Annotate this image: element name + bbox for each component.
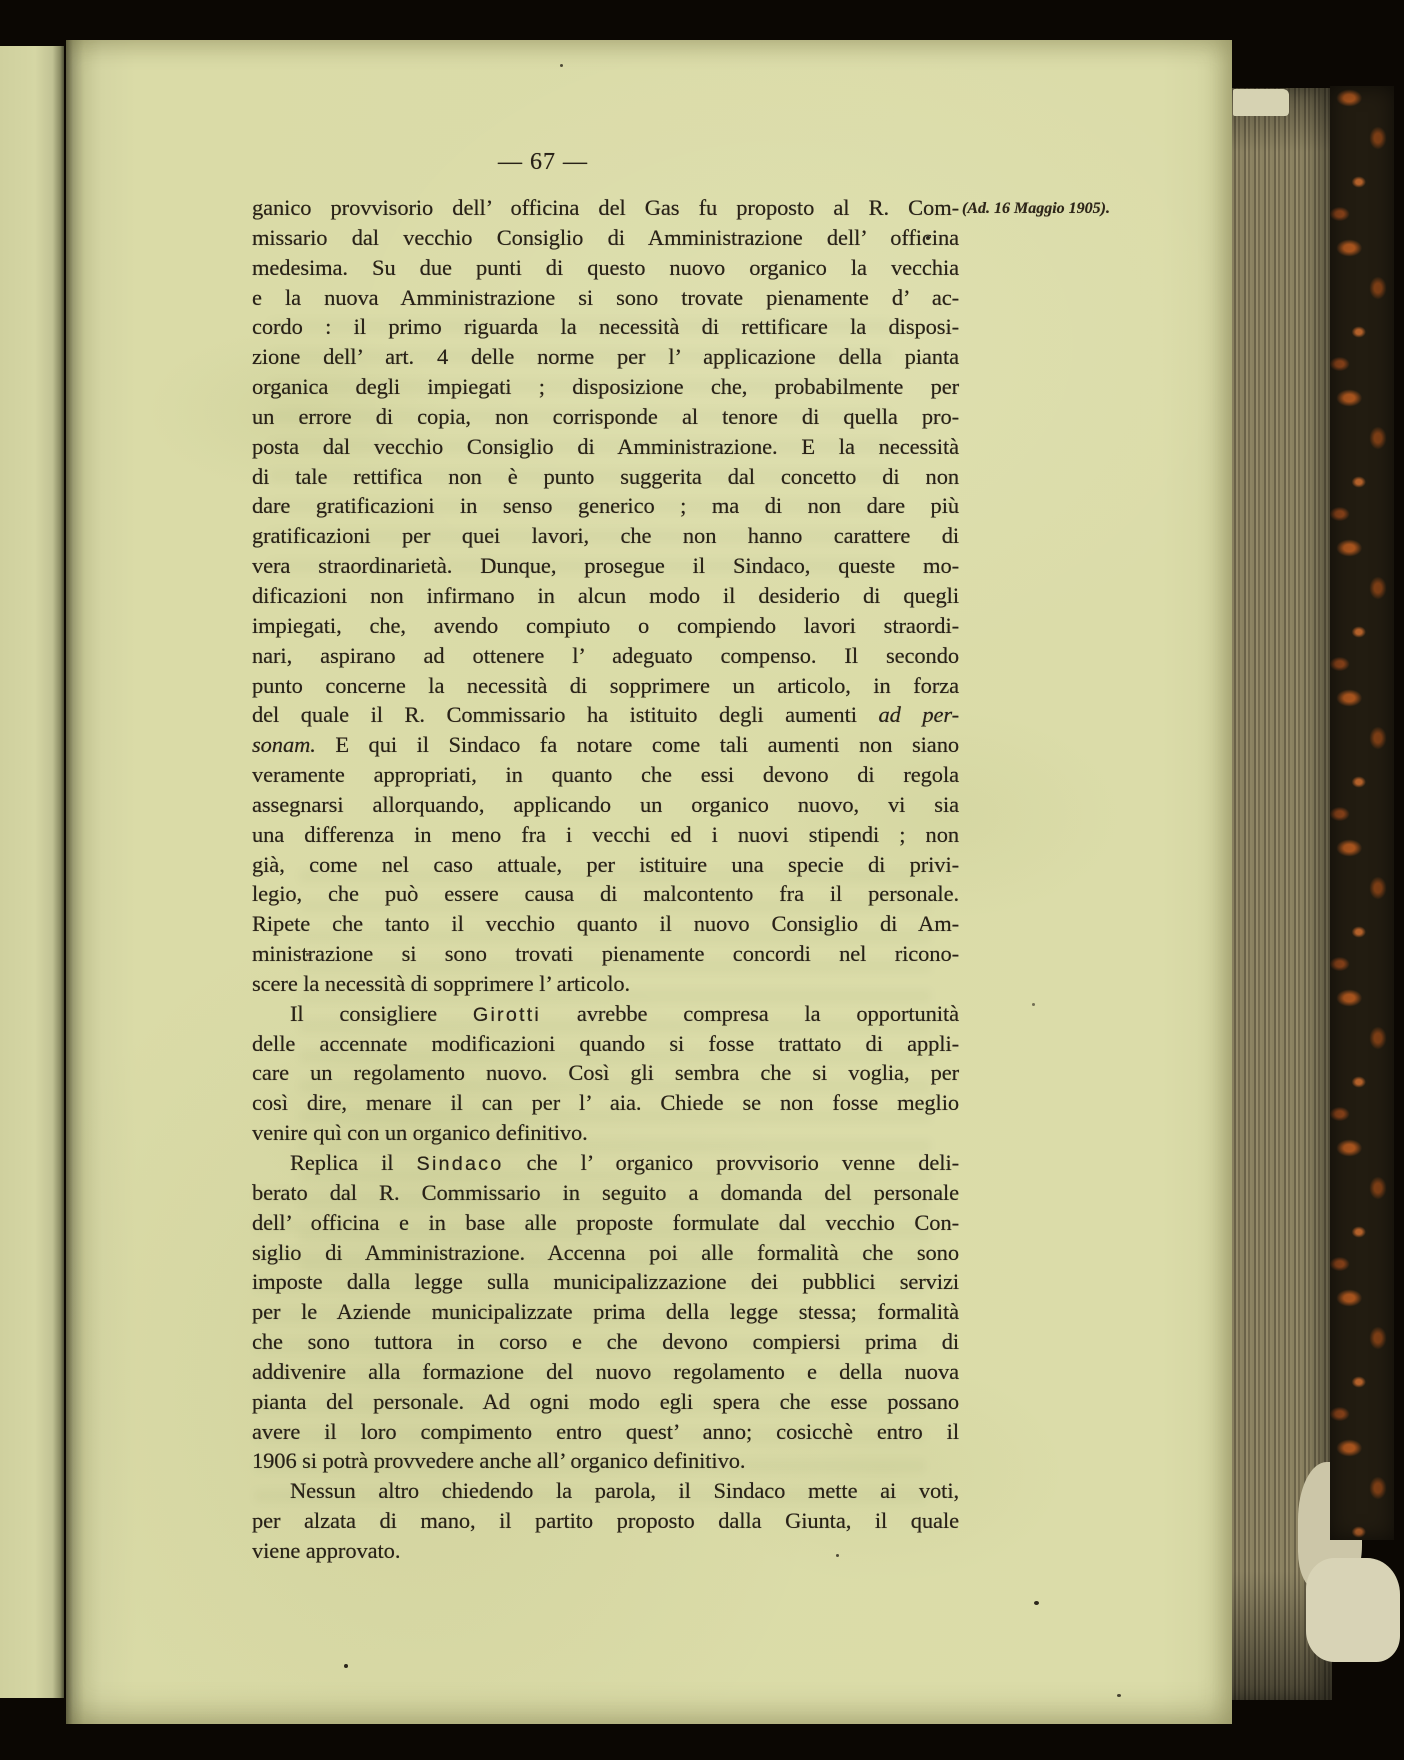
text-run: siglio di Amministrazione. Accenna poi a… — [252, 1240, 959, 1265]
text-run: 1906 si potrà provvedere anche all’ orga… — [252, 1448, 745, 1473]
text-run: posta dal vecchio Consiglio di Amministr… — [252, 434, 959, 459]
text-run: addivenire alla formazione del nuovo reg… — [252, 1359, 959, 1384]
text-run: organica degli impiegati ; disposizione … — [252, 374, 959, 399]
text-run: impiegati, che, avendo compiuto o compie… — [252, 613, 959, 638]
text-run: pianta del personale. Ad ogni modo egli … — [252, 1389, 959, 1414]
text-run: ad per- — [878, 702, 959, 727]
page-number: — 67 — — [418, 149, 668, 176]
text-line: viene approvato. — [252, 1536, 959, 1566]
text-run: già, come nel caso attuale, per istituir… — [252, 852, 959, 877]
text-line: Replica il Sindaco che l’ organico provv… — [252, 1148, 959, 1178]
text-run: Ripete che tanto il vecchio quanto il nu… — [252, 911, 959, 936]
speaker-name: Sindaco — [417, 1153, 504, 1175]
text-run: E qui il Sindaco fa notare come tali aum… — [316, 732, 959, 757]
text-run: Il consigliere — [290, 1001, 473, 1026]
scanned-book-photo: — 67 — (Ad. 16 Maggio 1905). ganico prov… — [0, 0, 1404, 1760]
text-line: Ripete che tanto il vecchio quanto il nu… — [252, 909, 959, 939]
text-line: nari, aspirano ad ottenere l’ adeguato c… — [252, 641, 959, 671]
text-run: ministrazione si sono trovati pienamente… — [252, 941, 959, 966]
text-run: dificazioni non infirmano in alcun modo … — [252, 583, 959, 608]
text-run: che l’ organico provvisorio venne deli- — [503, 1150, 959, 1175]
text-run: assegnarsi allorquando, applicando un or… — [252, 792, 959, 817]
text-line: per alzata di mano, il partito proposto … — [252, 1506, 959, 1536]
text-run: sonam. — [252, 732, 316, 757]
page-edge-tab — [1306, 1558, 1400, 1662]
ink-speck — [1032, 1003, 1035, 1006]
ink-speck — [836, 1554, 839, 1557]
text-run: cordo : il primo riguarda la necessità d… — [252, 314, 959, 339]
text-line: zione dell’ art. 4 delle norme per l’ ap… — [252, 342, 959, 372]
text-line: dell’ officina e in base alle proposte f… — [252, 1208, 959, 1238]
text-line: Il consigliere Girotti avrebbe compresa … — [252, 999, 959, 1029]
text-run: delle accennate modificazioni quando si … — [252, 1031, 959, 1056]
text-run: missario dal vecchio Consiglio di Ammini… — [252, 225, 959, 250]
text-line: missario dal vecchio Consiglio di Ammini… — [252, 223, 959, 253]
text-run: venire quì con un organico definitivo. — [252, 1120, 588, 1145]
text-line: punto concerne la necessità di sopprimer… — [252, 671, 959, 701]
text-line: e la nuova Amministrazione si sono trova… — [252, 283, 959, 313]
text-run: dare gratificazioni in senso generico ; … — [252, 493, 959, 518]
text-run: una differenza in meno fra i vecchi ed i… — [252, 822, 959, 847]
text-line: legio, che può essere causa di malconten… — [252, 879, 959, 909]
ink-speck — [306, 953, 309, 956]
text-run: imposte dalla legge sulla municipalizzaz… — [252, 1269, 959, 1294]
text-run: e la nuova Amministrazione si sono trova… — [252, 285, 959, 310]
text-run: per alzata di mano, il partito proposto … — [252, 1508, 959, 1533]
text-line: Nessun altro chiedendo la parola, il Sin… — [252, 1476, 959, 1506]
page-edge-tab — [1233, 89, 1289, 116]
speaker-name: Girotti — [473, 1004, 541, 1026]
text-line: per le Aziende municipalizzate prima del… — [252, 1297, 959, 1327]
text-line: una differenza in meno fra i vecchi ed i… — [252, 820, 959, 850]
ink-speck — [1117, 1694, 1121, 1697]
text-line: del quale il R. Commissario ha istituito… — [252, 700, 959, 730]
marbled-cover-edge — [1330, 86, 1394, 1540]
text-run: scere la necessità di sopprimere l’ arti… — [252, 971, 630, 996]
text-line: ministrazione si sono trovati pienamente… — [252, 939, 959, 969]
text-run: punto concerne la necessità di sopprimer… — [252, 673, 959, 698]
text-line: dificazioni non infirmano in alcun modo … — [252, 581, 959, 611]
text-line: medesima. Su due punti di questo nuovo o… — [252, 253, 959, 283]
text-run: così dire, menare il can per l’ aia. Chi… — [252, 1090, 959, 1115]
text-run: legio, che può essere causa di malconten… — [252, 881, 959, 906]
text-run: del quale il R. Commissario ha istituito… — [252, 702, 878, 727]
text-run: Replica il — [290, 1150, 417, 1175]
text-line: di tale rettifica non è punto suggerita … — [252, 462, 959, 492]
text-line: così dire, menare il can per l’ aia. Chi… — [252, 1088, 959, 1118]
text-line: siglio di Amministrazione. Accenna poi a… — [252, 1238, 959, 1268]
ink-speck — [344, 1664, 348, 1668]
text-line: assegnarsi allorquando, applicando un or… — [252, 790, 959, 820]
text-block: ganico provvisorio dell’ officina del Ga… — [252, 193, 959, 1566]
text-run: zione dell’ art. 4 delle norme per l’ ap… — [252, 344, 959, 369]
text-line: organica degli impiegati ; disposizione … — [252, 372, 959, 402]
text-line: posta dal vecchio Consiglio di Amministr… — [252, 432, 959, 462]
text-line: addivenire alla formazione del nuovo reg… — [252, 1357, 959, 1387]
text-line: berato dal R. Commissario in seguito a d… — [252, 1178, 959, 1208]
text-run: che sono tuttora in corso e che devono c… — [252, 1329, 959, 1354]
text-run: Nessun altro chiedendo la parola, il Sin… — [290, 1478, 959, 1503]
text-run: un errore di copia, non corrisponde al t… — [252, 404, 959, 429]
text-line: pianta del personale. Ad ogni modo egli … — [252, 1387, 959, 1417]
text-line: sonam. E qui il Sindaco fa notare come t… — [252, 730, 959, 760]
text-line: un errore di copia, non corrisponde al t… — [252, 402, 959, 432]
text-line: avere il loro compimento entro quest’ an… — [252, 1417, 959, 1447]
margin-note: (Ad. 16 Maggio 1905). — [962, 200, 1110, 218]
text-run: nari, aspirano ad ottenere l’ adeguato c… — [252, 643, 959, 668]
text-line: ganico provvisorio dell’ officina del Ga… — [252, 193, 959, 223]
text-line: delle accennate modificazioni quando si … — [252, 1029, 959, 1059]
text-line: veramente appropriati, in quanto che ess… — [252, 760, 959, 790]
text-run: ganico provvisorio dell’ officina del Ga… — [252, 195, 959, 220]
text-line: scere la necessità di sopprimere l’ arti… — [252, 969, 959, 999]
text-line: vera straordinarietà. Dunque, prosegue i… — [252, 551, 959, 581]
text-run: dell’ officina e in base alle proposte f… — [252, 1210, 959, 1235]
text-run: veramente appropriati, in quanto che ess… — [252, 762, 959, 787]
text-line: 1906 si potrà provvedere anche all’ orga… — [252, 1446, 959, 1476]
text-run: avere il loro compimento entro quest’ an… — [252, 1419, 959, 1444]
text-line: già, come nel caso attuale, per istituir… — [252, 850, 959, 880]
text-line: gratificazioni per quei lavori, che non … — [252, 521, 959, 551]
text-run: vera straordinarietà. Dunque, prosegue i… — [252, 553, 959, 578]
ink-speck — [926, 236, 930, 240]
text-run: gratificazioni per quei lavori, che non … — [252, 523, 959, 548]
ink-speck — [560, 64, 563, 67]
text-run: medesima. Su due punti di questo nuovo o… — [252, 255, 959, 280]
text-line: venire quì con un organico definitivo. — [252, 1118, 959, 1148]
text-line: che sono tuttora in corso e che devono c… — [252, 1327, 959, 1357]
text-run: viene approvato. — [252, 1538, 400, 1563]
text-run: berato dal R. Commissario in seguito a d… — [252, 1180, 959, 1205]
book-fore-edge — [1232, 88, 1332, 1700]
ink-speck — [1034, 1601, 1039, 1605]
text-line: care un regolamento nuovo. Così gli semb… — [252, 1058, 959, 1088]
text-line: imposte dalla legge sulla municipalizzaz… — [252, 1267, 959, 1297]
text-line: impiegati, che, avendo compiuto o compie… — [252, 611, 959, 641]
text-run: avrebbe compresa la opportunità — [541, 1001, 959, 1026]
text-run: care un regolamento nuovo. Così gli semb… — [252, 1060, 959, 1085]
text-run: di tale rettifica non è punto suggerita … — [252, 464, 959, 489]
text-line: dare gratificazioni in senso generico ; … — [252, 491, 959, 521]
text-line: cordo : il primo riguarda la necessità d… — [252, 312, 959, 342]
text-run: per le Aziende municipalizzate prima del… — [252, 1299, 959, 1324]
left-page-edge — [0, 46, 64, 1698]
